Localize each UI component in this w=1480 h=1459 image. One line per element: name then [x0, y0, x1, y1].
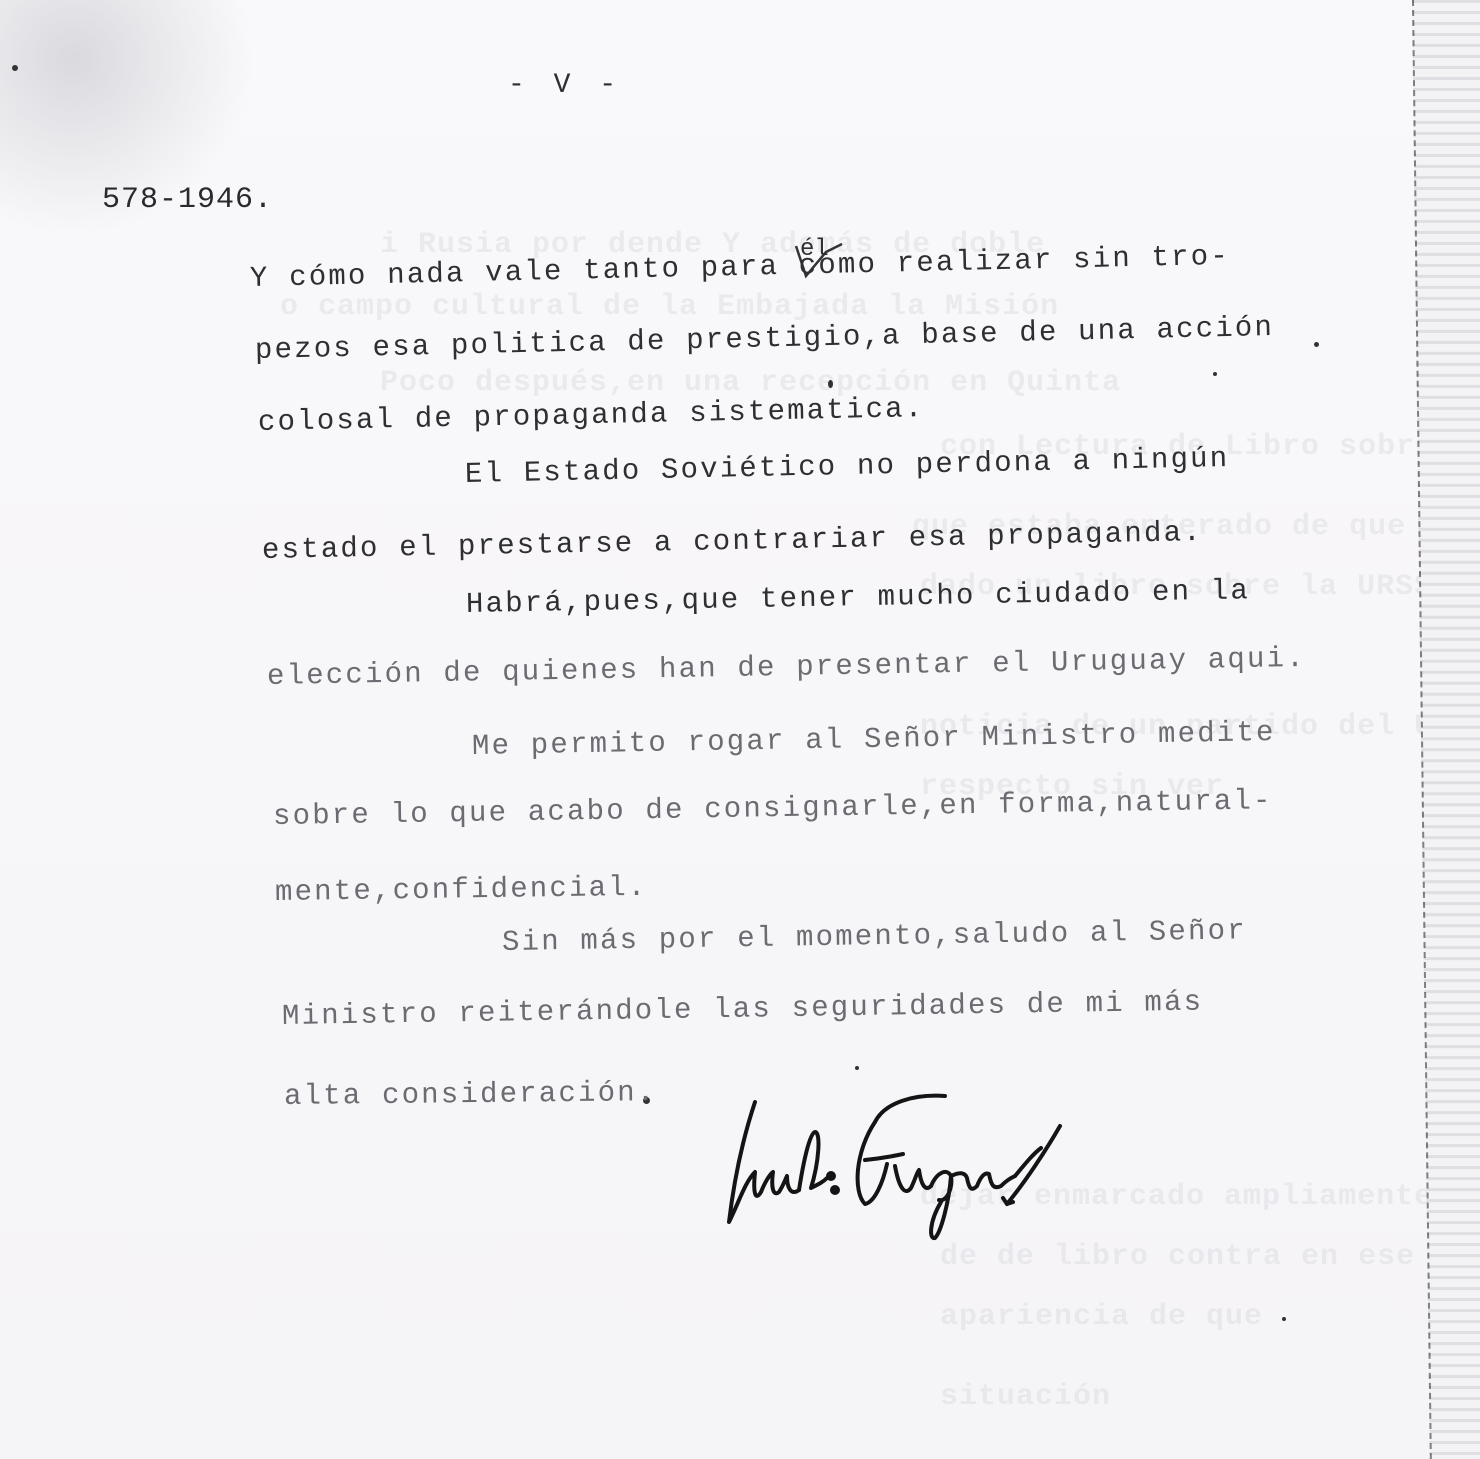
text-line: colosal de propaganda sistematica.	[258, 392, 925, 439]
text-line: Habrá,pues,que tener mucho ciudado en la	[466, 574, 1251, 621]
text-line: alta consideración.	[284, 1076, 657, 1113]
text-line: El Estado Soviético no perdona a ningún	[465, 442, 1230, 491]
signature	[715, 1092, 1135, 1242]
ink-speck	[855, 1066, 859, 1070]
bleed-through-text: situación	[940, 1380, 1111, 1414]
text-line: Ministro reiterándole las seguridades de…	[282, 986, 1204, 1033]
reference-number: 578-1946.	[102, 183, 273, 217]
ink-speck	[1314, 342, 1319, 347]
document-page: i Rusia por dende Y además de doble o ca…	[0, 0, 1480, 1459]
text-line: Me permito rogar al Señor Ministro medit…	[472, 716, 1276, 763]
ink-speck	[1282, 1317, 1286, 1321]
bleed-through-text: de de libro contra en ese libro e de la	[940, 1240, 1480, 1274]
ink-speck	[12, 65, 18, 71]
text-line: mente,confidencial.	[275, 871, 648, 909]
bleed-through-text: apariencia de que	[940, 1300, 1263, 1334]
text-line: elección de quienes han de presentar el …	[267, 642, 1306, 693]
ink-speck	[1213, 372, 1217, 376]
ink-speck	[828, 380, 833, 388]
text-line: estado el prestarse a contrariar esa pro…	[262, 516, 1203, 567]
page-number: - V -	[508, 70, 622, 101]
text-line: Sin más por el momento,saludo al Señor	[502, 914, 1247, 959]
text-line: sobre lo que acabo de consignarle,en for…	[273, 784, 1273, 833]
